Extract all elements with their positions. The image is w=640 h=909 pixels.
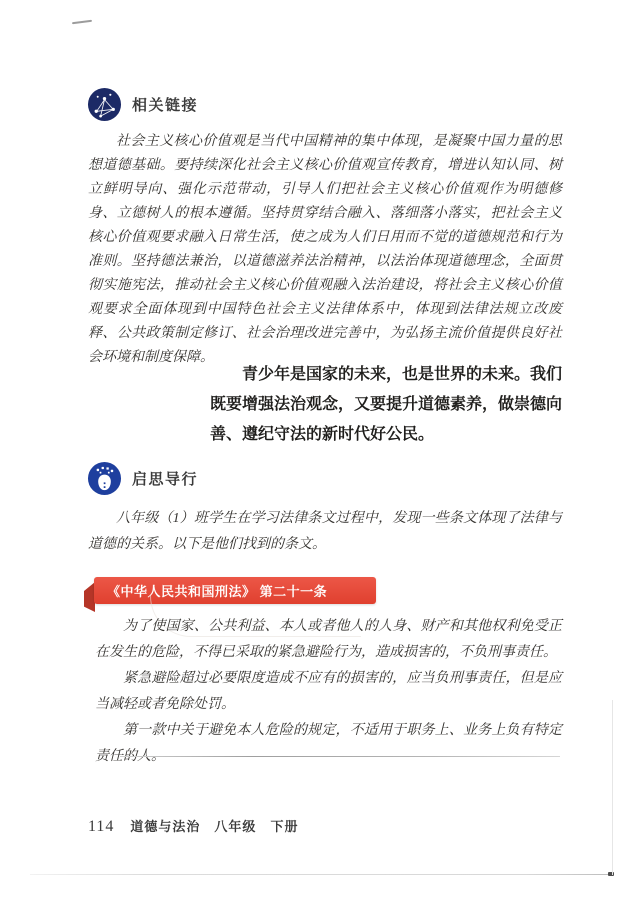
- related-links-body: 社会主义核心价值观是当代中国精神的集中体现，是凝聚中国力量的思想道德基础。要持续…: [88, 130, 562, 370]
- qisi-intro-paragraph: 八年级（1）班学生在学习法律条文过程中，发现一些条文体现了法律与道德的关系。以下…: [88, 506, 562, 558]
- scan-page-right-edge: [612, 700, 613, 875]
- scan-artifact-mark: [72, 20, 92, 24]
- law-excerpt: 为了使国家、公共利益、本人或者他人的人身、财产和其他权利免受正在发生的危险，不得…: [95, 614, 562, 770]
- law-paragraph-1: 为了使国家、公共利益、本人或者他人的人身、财产和其他权利免受正在发生的危险，不得…: [95, 614, 562, 666]
- related-links-label: 相关链接: [132, 94, 198, 115]
- book-title: 道德与法治: [130, 816, 200, 835]
- book-volume: 下册: [270, 816, 298, 835]
- law-excerpt-divider: [120, 756, 560, 757]
- page-number: 114: [88, 818, 114, 836]
- law-title-banner: 《中华人民共和国刑法》 第二十一条: [94, 577, 376, 604]
- textbook-page: 相关链接 社会主义核心价值观是当代中国精神的集中体现，是凝聚中国力量的思想道德基…: [0, 0, 640, 909]
- related-links-heading: 相关链接: [87, 87, 198, 122]
- law-paragraph-3: 第一款中关于避免本人危险的规定，不适用于职务上、业务上负有特定责任的人。: [95, 718, 562, 770]
- network-people-icon: [87, 87, 122, 122]
- scan-page-bottom-edge: [30, 874, 612, 875]
- qisi-daoxing-heading: 启思导行: [87, 461, 198, 496]
- law-title-text: 《中华人民共和国刑法》 第二十一条: [94, 581, 327, 600]
- qisi-daoxing-label: 启思导行: [132, 468, 198, 489]
- law-paragraph-2: 紧急避险超过必要限度造成不应有的损害的，应当负刑事责任，但是应当减轻或者免除处罚…: [95, 666, 562, 718]
- key-paragraph: 青少年是国家的未来，也是世界的未来。我们既要增强法治观念，又要提升道德素养，做崇…: [210, 360, 562, 450]
- thinking-head-icon: [87, 461, 122, 496]
- book-grade: 八年级: [214, 816, 256, 835]
- page-footer: 114 道德与法治 八年级 下册: [88, 816, 298, 836]
